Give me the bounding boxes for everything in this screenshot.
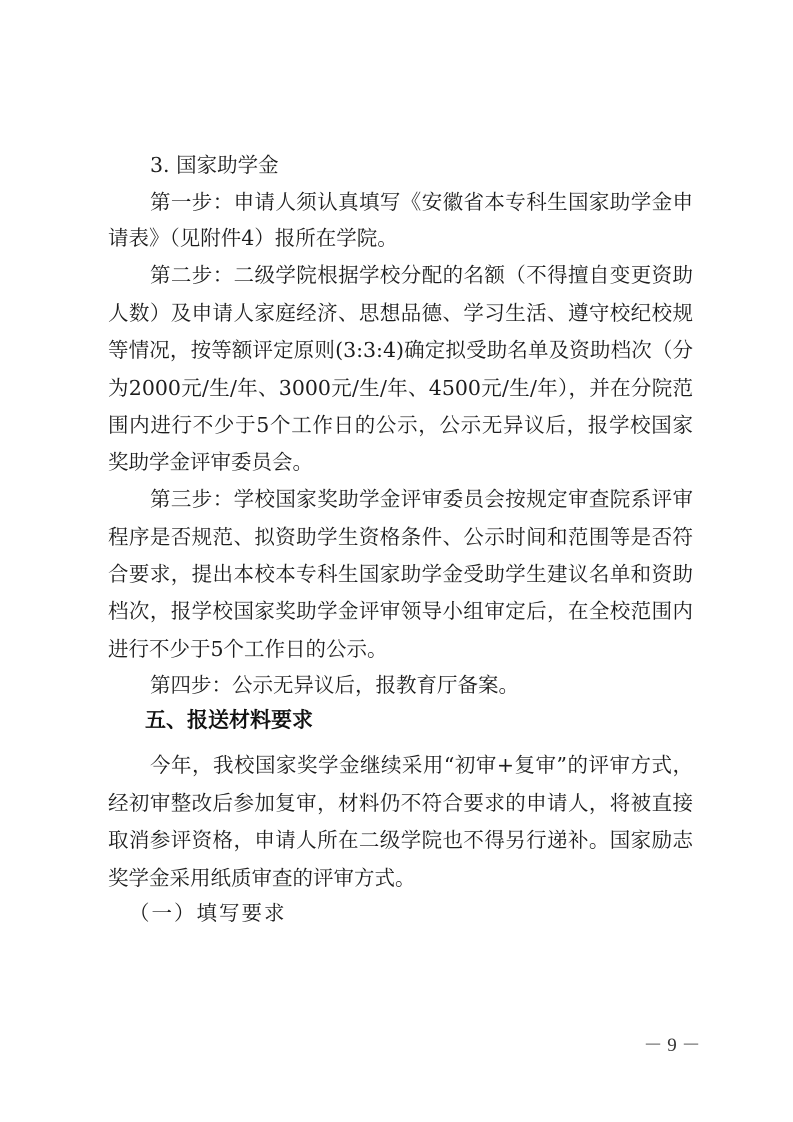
paragraph-line: 奖助学金评审委员会。	[108, 444, 313, 481]
paragraph-line: 围内进行不少于5个工作日的公示，公示无异议后，报学校国家	[108, 407, 693, 444]
paragraph-line: 第四步：公示无异议后，报教育厅备案。	[150, 667, 519, 704]
paragraph-line: 进行不少于5个工作日的公示。	[108, 631, 388, 668]
paragraph-line: 请表》（见附件4）报所在学院。	[108, 220, 398, 257]
paragraph-line: 今年，我校国家奖学金继续采用“初审+复审”的评审方式，	[150, 747, 693, 784]
paragraph-line: 取消参评资格，申请人所在二级学院也不得另行递补。国家励志	[108, 822, 693, 859]
paragraph-line: 第三步：学校国家奖助学金评审委员会按规定审查院系评审	[150, 481, 693, 518]
paragraph-line: 档次，报学校国家奖助学金评审领导小组审定后，在全校范围内	[108, 593, 693, 630]
document-page: 3. 国家助学金 第一步：申请人须认真填写《安徽省本专科生国家助学金申 请表》（…	[0, 0, 793, 1122]
paragraph-line: 人数）及申请人家庭经济、思想品德、学习生活、遵守校纪校规	[108, 295, 693, 332]
page-number: － 9 －	[640, 1030, 704, 1057]
paragraph-line: 为2000元/生/年、3000元/生/年、4500元/生/年），并在分院范	[108, 370, 693, 407]
section-heading: 五、报送材料要求	[145, 702, 313, 739]
paragraph-line: 经初审整改后参加复审，材料仍不符合要求的申请人，将被直接	[108, 785, 693, 822]
paragraph-line: 等情况，按等额评定原则(3:3:4)确定拟受助名单及资助档次（分	[108, 332, 693, 369]
subheading: （一）填写要求	[129, 895, 287, 932]
paragraph-line: 合要求，提出本校本专科生国家助学金受助学生建议名单和资助	[108, 556, 693, 593]
paragraph-line: 第一步：申请人须认真填写《安徽省本专科生国家助学金申	[150, 184, 693, 221]
paragraph-line: 第二步：二级学院根据学校分配的名额（不得擅自变更资助	[150, 257, 693, 294]
paragraph-line: 奖学金采用纸质审查的评审方式。	[108, 860, 416, 897]
subsection-title: 3. 国家助学金	[150, 147, 279, 184]
paragraph-line: 程序是否规范、拟资助学生资格条件、公示时间和范围等是否符	[108, 519, 693, 556]
